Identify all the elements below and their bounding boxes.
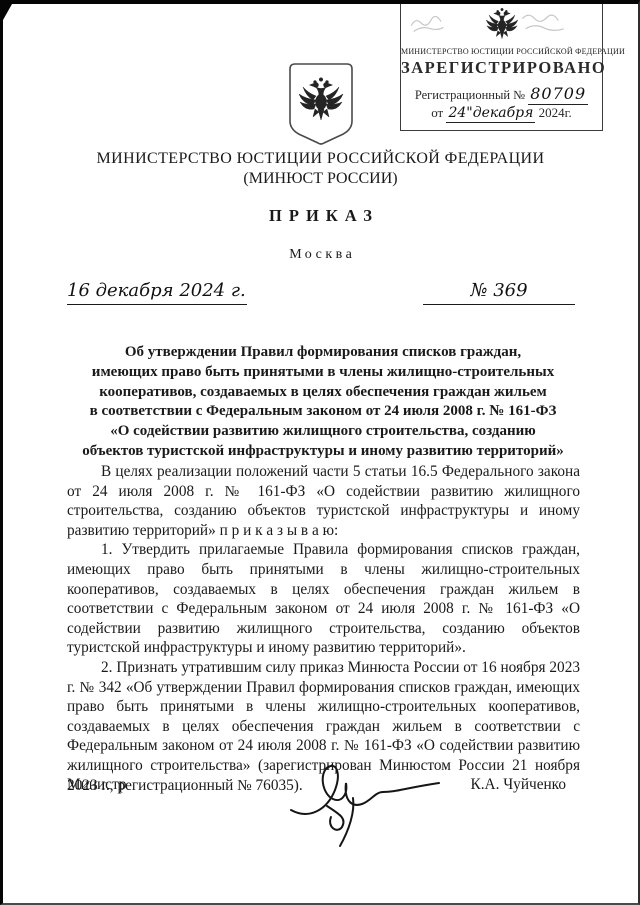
stamp-registration-number-line: Регистрационный № 80709 xyxy=(401,84,602,103)
registration-stamp: МИНИСТЕРСТВО ЮСТИЦИИ РОССИЙСКОЙ ФЕДЕРАЦИ… xyxy=(400,4,603,131)
faint-mark-right xyxy=(519,9,576,40)
signer-role-label: Министр xyxy=(67,776,126,794)
document-page: МИНИСТЕРСТВО ЮСТИЦИИ РОССИЙСКОЙ ФЕДЕРАЦИ… xyxy=(0,0,640,905)
stamp-date-year: 2024г. xyxy=(539,105,572,120)
handwritten-doc-number: № 369 xyxy=(423,280,575,305)
signature-autograph xyxy=(281,748,456,848)
stamp-date-prefix: от xyxy=(431,105,443,120)
city-label: Москва xyxy=(3,247,638,263)
org-name: МИНИСТЕРСТВО ЮСТИЦИИ РОССИЙСКОЙ ФЕДЕРАЦИ… xyxy=(3,150,638,168)
signer-name: К.А. Чуйченко xyxy=(471,776,566,794)
coat-of-arms-shield-icon xyxy=(287,61,355,147)
stamp-date-day-month: 24"декабря xyxy=(446,105,535,123)
title-line: кооперативов, создаваемых в целях обеспе… xyxy=(43,383,603,403)
document-type-title: ПРИКАЗ xyxy=(3,206,638,226)
stamp-eagle-icon xyxy=(484,6,520,44)
document-body: В целях реализации положений части 5 ста… xyxy=(67,462,580,795)
stamp-reg-label: Регистрационный № xyxy=(415,88,525,102)
title-line: «О содействии развитию жилищного строите… xyxy=(43,422,603,442)
stamp-registered-label: ЗАРЕГИСТРИРОВАНО xyxy=(401,58,602,78)
stamp-reg-number-value: 80709 xyxy=(528,84,588,105)
title-line: в соответствии с Федеральным законом от … xyxy=(43,402,603,422)
title-line: Об утверждении Правил формирования списк… xyxy=(43,343,603,363)
title-line: имеющих право быть принятыми в члены жил… xyxy=(43,363,603,383)
scan-corner-artifact xyxy=(3,4,12,20)
body-paragraph-preamble: В целях реализации положений части 5 ста… xyxy=(67,462,580,540)
org-short-name: (МИНЮСТ РОССИИ) xyxy=(3,170,638,188)
stamp-ministry-line: МИНИСТЕРСТВО ЮСТИЦИИ РОССИЙСКОЙ ФЕДЕРАЦИ… xyxy=(401,47,602,56)
body-paragraph-item-1: 1. Утвердить прилагаемые Правила формиро… xyxy=(67,540,580,658)
stamp-date-line: от 24"декабря 2024г. xyxy=(401,105,602,121)
faint-mark-left xyxy=(408,8,462,36)
handwritten-date: 16 декабря 2024 г. xyxy=(67,280,247,305)
title-line: объектов туристской инфраструктуры и ино… xyxy=(43,442,603,462)
document-title: Об утверждении Правил формирования списк… xyxy=(43,343,603,462)
